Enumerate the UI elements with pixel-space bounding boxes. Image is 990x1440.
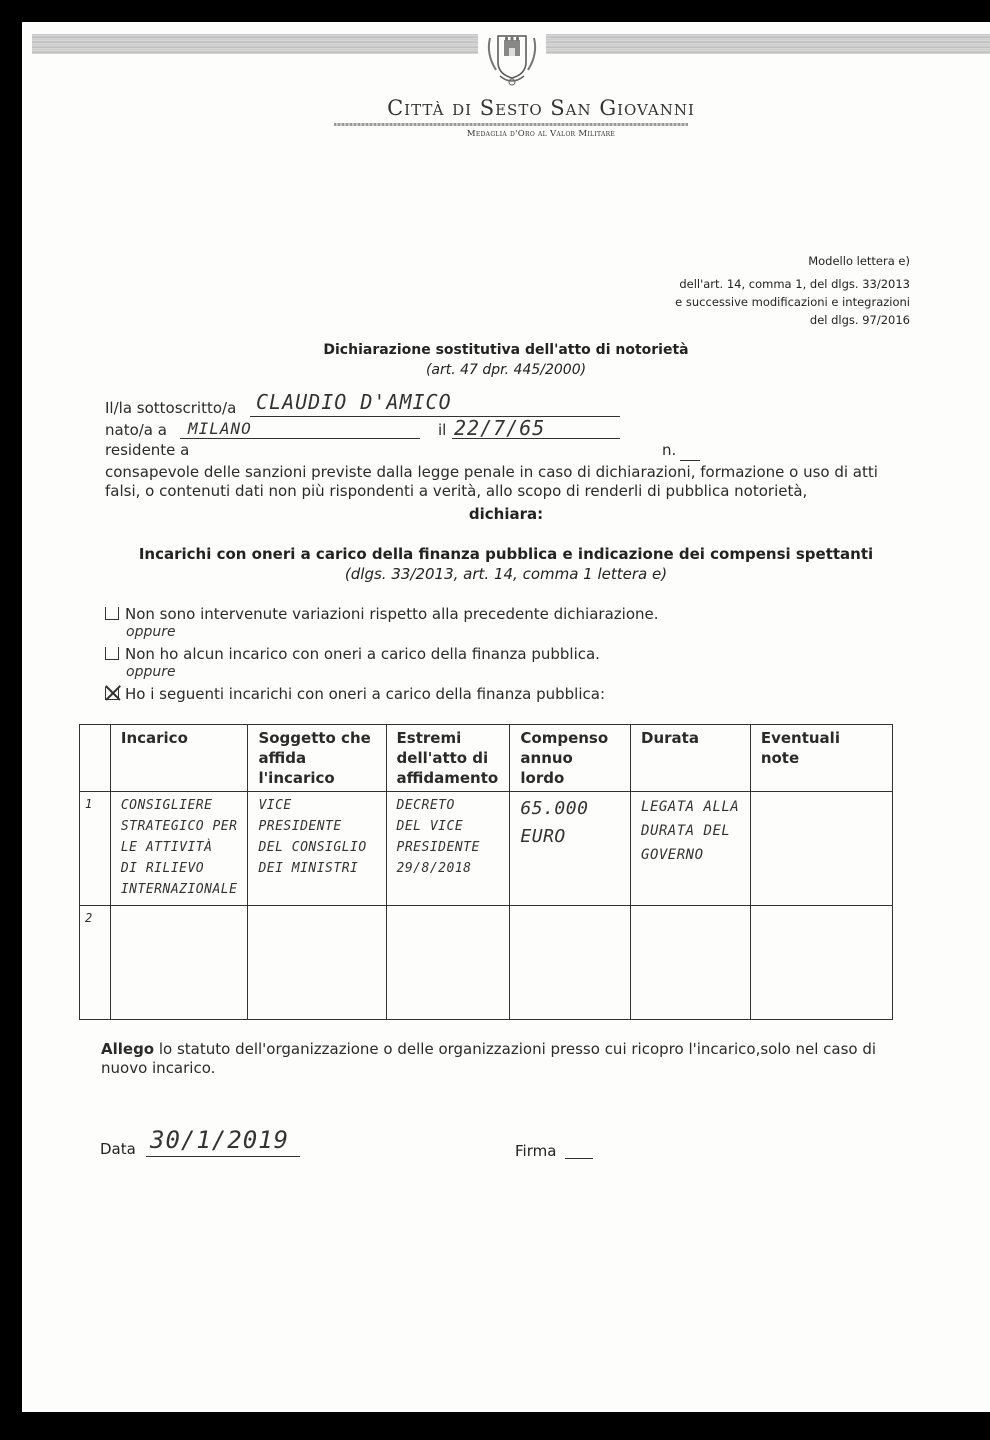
cell-incarico[interactable]: CONSIGLIERE STRATEGICO PER LE ATTIVITÀ D… [110,792,248,906]
option-label: Non sono intervenute variazioni rispetto… [125,605,659,623]
cell-value: DECRETO DEL VICE PRESIDENTE 29/8/2018 [397,795,500,879]
cell-value: CONSIGLIERE STRATEGICO PER LE ATTIVITÀ D… [121,795,238,900]
awareness-text: consapevole delle sanzioni previste dall… [105,463,915,501]
cell-note[interactable] [750,792,892,906]
table-header-row: Incarico Soggetto che affida l'incarico … [80,725,893,792]
checkbox-checked-icon[interactable] [105,687,119,700]
cell-estremi[interactable]: DECRETO DEL VICE PRESIDENTE 29/8/2018 [386,792,510,906]
cell-compenso[interactable]: 65.000 EURO [510,792,631,906]
modello-line: e successive modificazioni e integrazion… [675,293,910,311]
document-page: Città di Sesto San Giovanni Medaglia d'O… [22,22,990,1412]
undersigned-value: CLAUDIO D'AMICO [256,390,452,414]
option-no-variations[interactable]: Non sono intervenute variazioni rispetto… [105,605,659,623]
modello-title: Modello lettera e) [675,252,910,270]
date-value: 30/1/2019 [150,1126,289,1154]
table-row: 2 [80,906,893,1020]
signature-label: Firma [515,1142,556,1160]
born-place-value: MILANO [188,419,252,438]
column-header-incarico: Incarico [110,725,248,792]
city-name: Città di Sesto San Giovanni [22,96,990,120]
attachment-note: Allego lo statuto dell'organizzazione o … [101,1040,881,1078]
modello-reference: Modello lettera e) dell'art. 14, comma 1… [675,252,910,329]
column-header-durata: Durata [631,725,751,792]
table-row: 1 CONSIGLIERE STRATEGICO PER LE ATTIVITÀ… [80,792,893,906]
cell-note[interactable] [750,906,892,1020]
cell-value: LEGATA ALLA DURATA DEL GOVERNO [641,795,740,867]
oppure-label: oppure [126,624,176,640]
section-title: Incarichi con oneri a carico della finan… [22,545,990,563]
street-number-field[interactable] [680,442,700,461]
undersigned-label: Il/la sottoscritto/a [105,399,236,418]
city-coat-of-arms-icon [478,32,546,88]
divider [334,123,688,126]
cell-value: VICE PRESIDENTE DEL CONSIGLIO DEI MINIST… [258,795,375,879]
cell-soggetto[interactable] [248,906,386,1020]
column-header-number [80,725,111,792]
column-header-compenso: Compenso annuo lordo [510,725,631,792]
city-motto: Medaglia d'Oro al Valor Militare [22,129,990,139]
declaration-title: Dichiarazione sostitutiva dell'atto di n… [22,342,990,358]
birth-date-label: il [438,421,446,440]
street-number-label: n. [662,441,676,460]
cell-compenso[interactable] [510,906,631,1020]
assignments-table: Incarico Soggetto che affida l'incarico … [79,724,893,1020]
checkbox-unchecked-icon[interactable] [105,647,119,660]
modello-line: dell'art. 14, comma 1, del dlgs. 33/2013 [675,275,910,293]
column-header-estremi: Estremi dell'atto di affidamento [386,725,510,792]
oppure-label: oppure [126,664,176,680]
signature-field[interactable] [565,1140,593,1159]
cell-estremi[interactable] [386,906,510,1020]
allego-bold: Allego [101,1040,154,1058]
option-no-assignments[interactable]: Non ho alcun incarico con oneri a carico… [105,645,600,663]
row-number: 1 [80,792,111,906]
declaration-subtitle: (art. 47 dpr. 445/2000) [22,362,990,378]
date-label: Data [100,1140,136,1158]
resident-label: residente a [105,441,189,460]
row-number: 2 [80,906,111,1020]
column-header-soggetto: Soggetto che affida l'incarico [248,725,386,792]
birth-date-value: 22/7/65 [454,416,545,440]
cell-soggetto[interactable]: VICE PRESIDENTE DEL CONSIGLIO DEI MINIST… [248,792,386,906]
cell-incarico[interactable] [110,906,248,1020]
option-has-assignments[interactable]: Ho i seguenti incarichi con oneri a cari… [105,685,605,703]
born-label: nato/a a [105,421,167,440]
section-subtitle: (dlgs. 33/2013, art. 14, comma 1 lettera… [22,565,990,583]
option-label: Non ho alcun incarico con oneri a carico… [125,645,600,663]
modello-line: del dlgs. 97/2016 [675,311,910,329]
cell-durata[interactable] [631,906,751,1020]
checkbox-unchecked-icon[interactable] [105,607,119,620]
cell-durata[interactable]: LEGATA ALLA DURATA DEL GOVERNO [631,792,751,906]
resident-field[interactable] [198,440,648,459]
allego-text: lo statuto dell'organizzazione o delle o… [101,1040,876,1077]
dichiara-label: dichiara: [22,505,990,523]
option-label: Ho i seguenti incarichi con oneri a cari… [125,685,605,703]
cell-value: 65.000 EURO [520,795,620,851]
column-header-note: Eventuali note [750,725,892,792]
